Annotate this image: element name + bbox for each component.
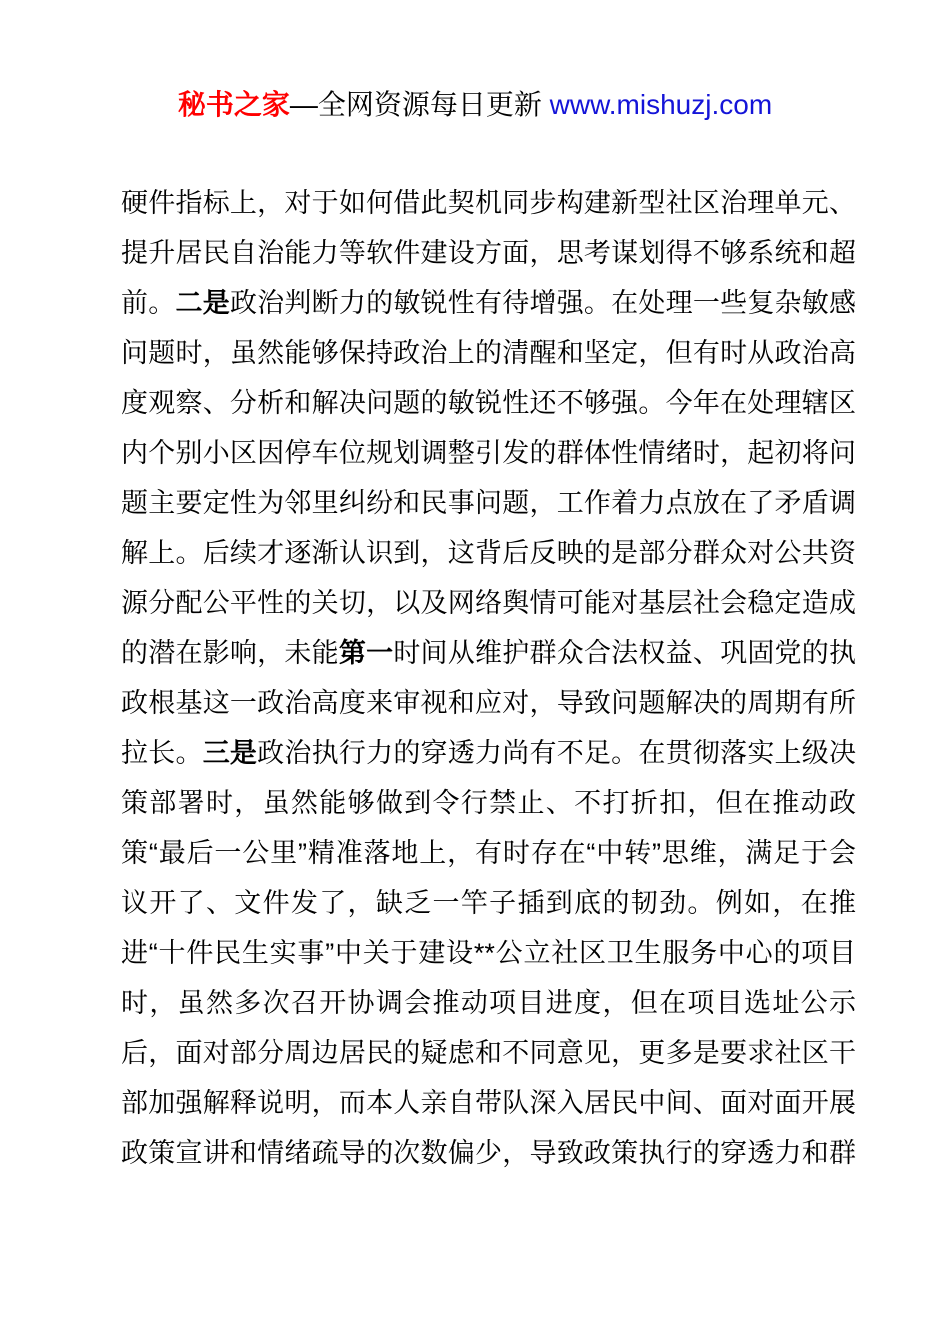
body-text: 政治判断力的敏锐性有待增强。在处理一些复杂敏感问题时，虽然能够保持政治上的清醒和… xyxy=(121,288,856,668)
site-brand: 秘书之家 xyxy=(178,89,290,120)
emphasis-text: 二是 xyxy=(175,288,229,318)
body-text: 政治执行力的穿透力尚有不足。在贯彻落实上级决策部署时，虽然能够做到令行禁止、不打… xyxy=(121,738,856,1168)
emphasis-text: 三是 xyxy=(203,738,257,768)
site-url: www.mishuzj.com xyxy=(550,89,772,120)
document-page: 秘书之家—全网资源每日更新 www.mishuzj.com 硬件指标上，对于如何… xyxy=(0,0,950,1344)
page-header: 秘书之家—全网资源每日更新 www.mishuzj.com xyxy=(0,0,950,122)
site-tagline: —全网资源每日更新 xyxy=(290,89,550,120)
document-body: 硬件指标上，对于如何借此契机同步构建新型社区治理单元、提升居民自治能力等软件建设… xyxy=(121,178,856,1178)
emphasis-text: 第一 xyxy=(339,638,393,668)
